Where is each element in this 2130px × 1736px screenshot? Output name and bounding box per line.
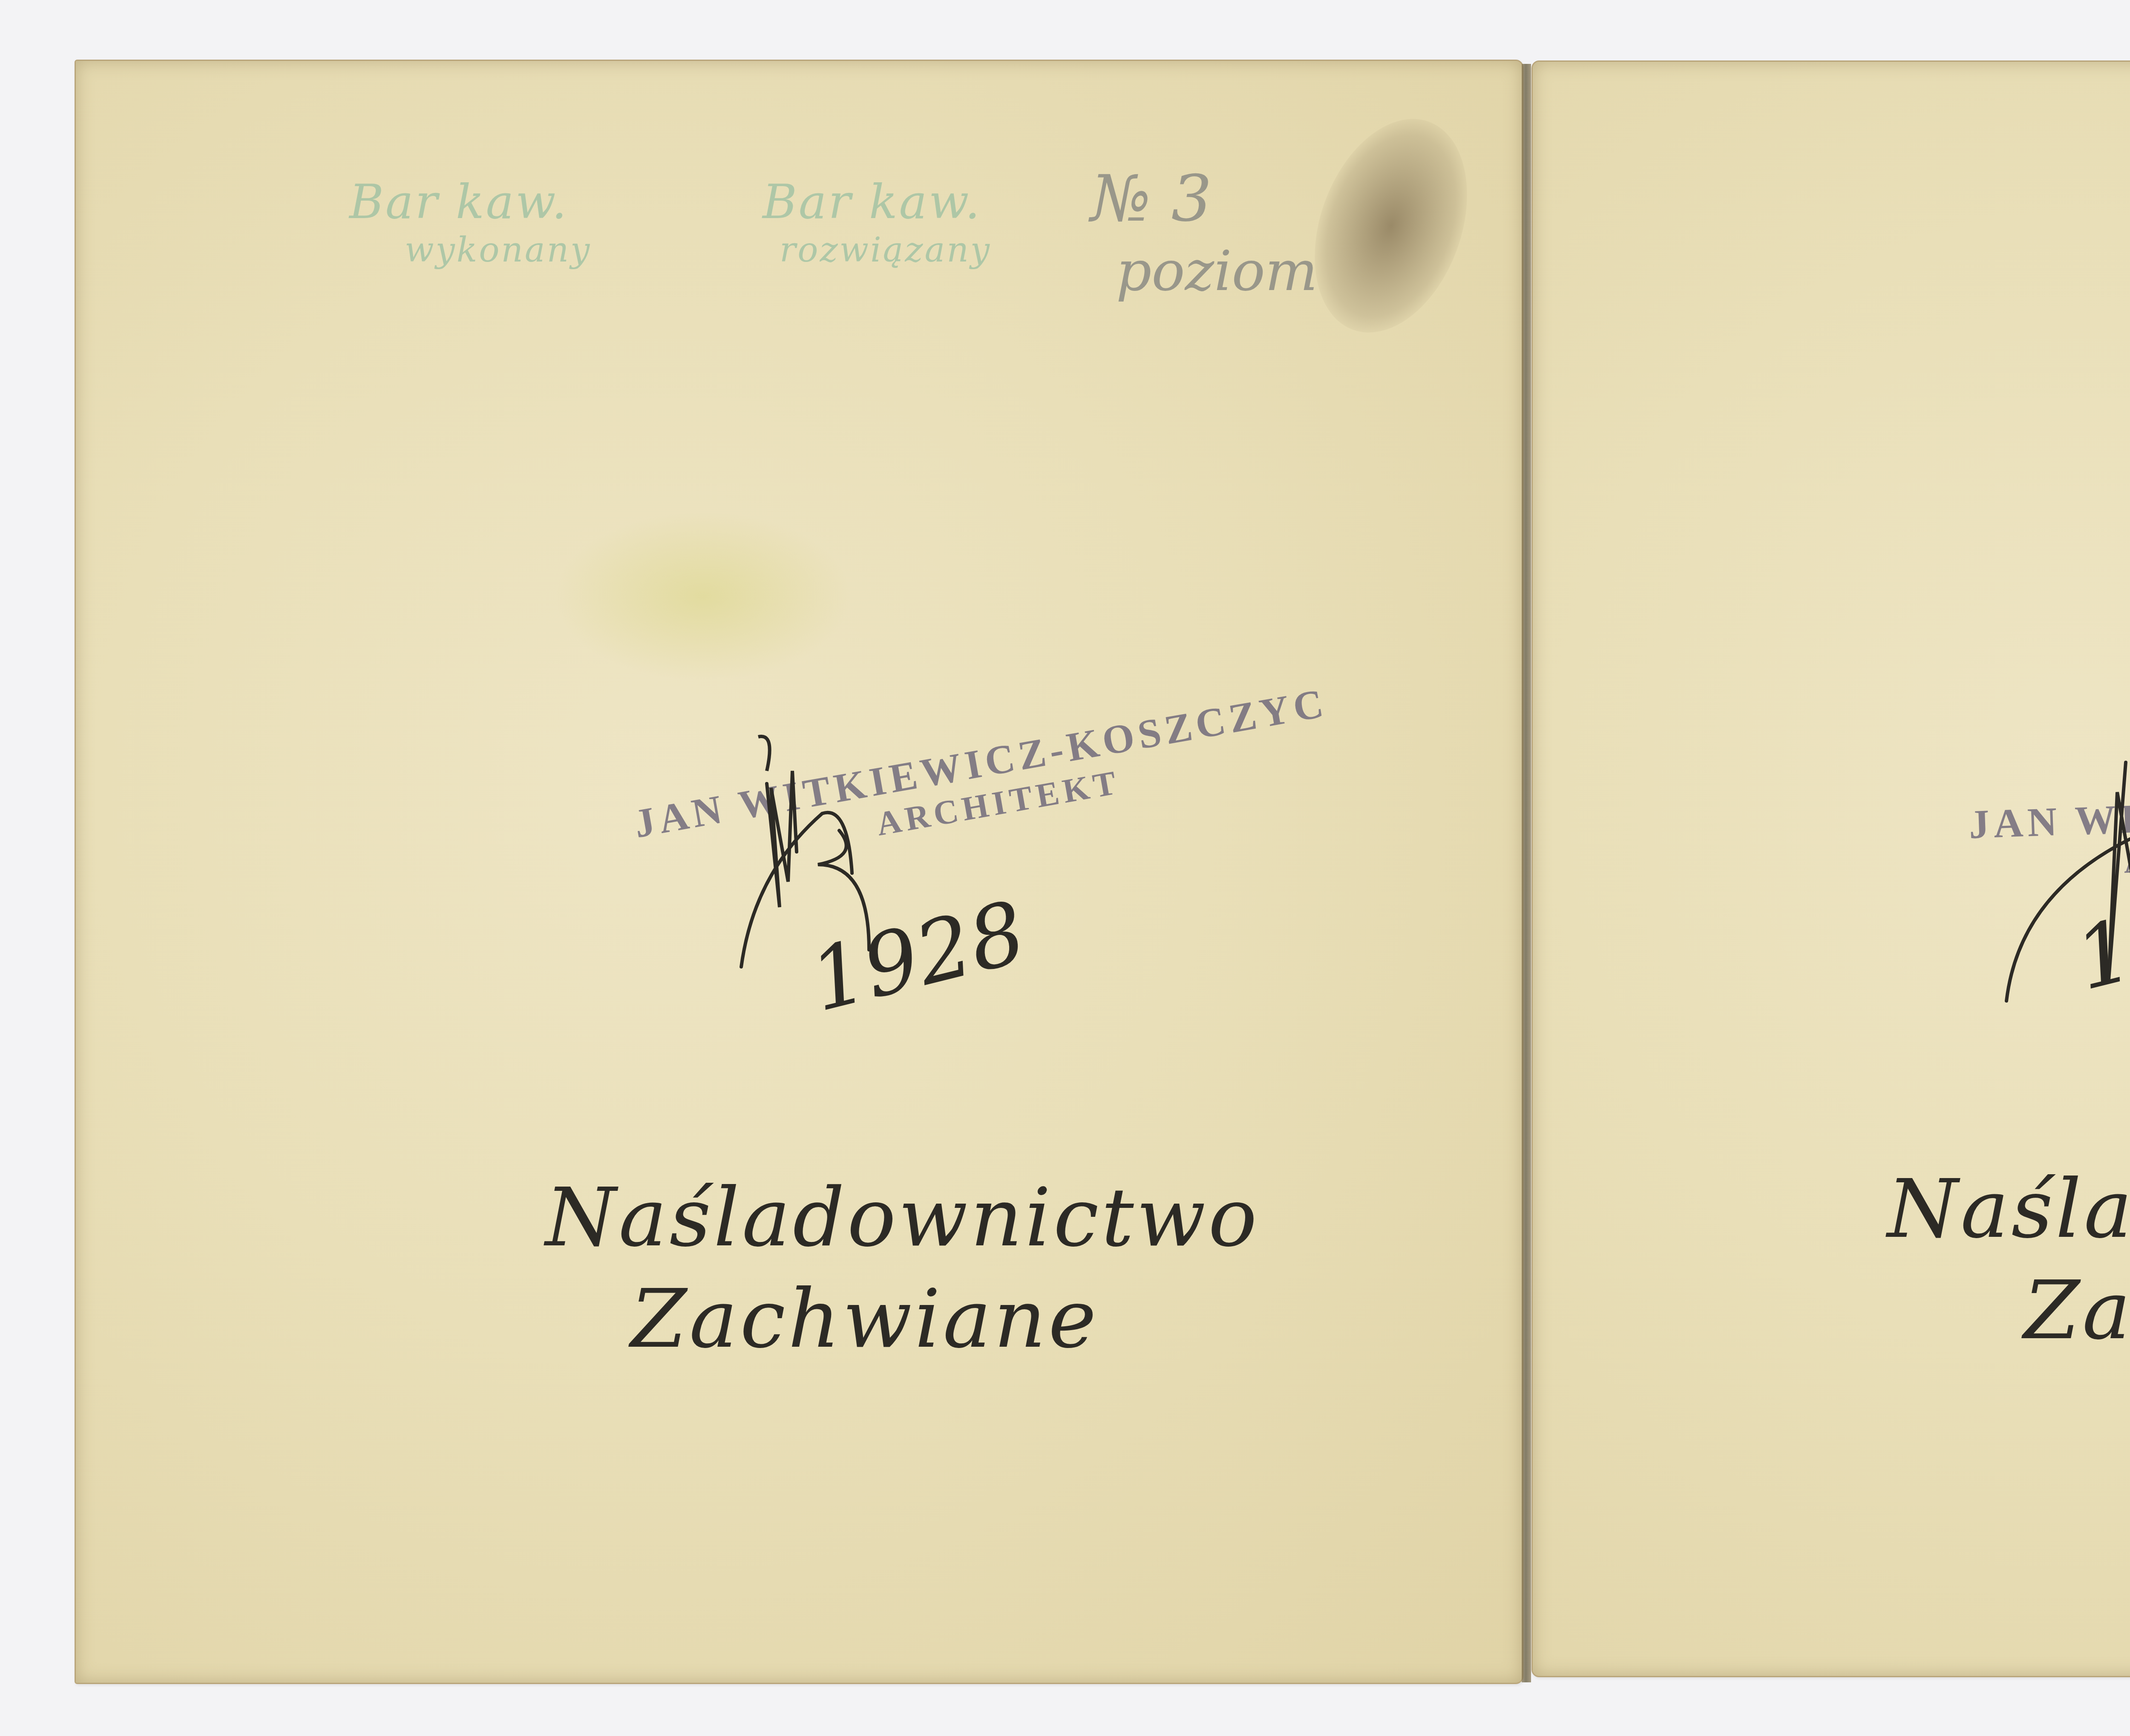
inscription-right: Naśladownictwo Zachwiane <box>1887 1158 2130 1361</box>
yellow-stain <box>554 511 852 681</box>
pencil-level-note: poziom <box>1116 239 1318 303</box>
pencil-number-note: № 3 <box>1091 162 1212 236</box>
inscription-left: Naśladownictwo Zachwiane <box>545 1167 1260 1369</box>
green-pencil-note-1: Bar kaw. <box>349 175 568 229</box>
green-pencil-note-3: wykonany <box>405 230 591 270</box>
center-fold <box>1522 64 1531 1682</box>
green-pencil-note-4: rozwiązany <box>780 230 991 270</box>
green-pencil-note-2: Bar kaw. <box>763 175 982 229</box>
